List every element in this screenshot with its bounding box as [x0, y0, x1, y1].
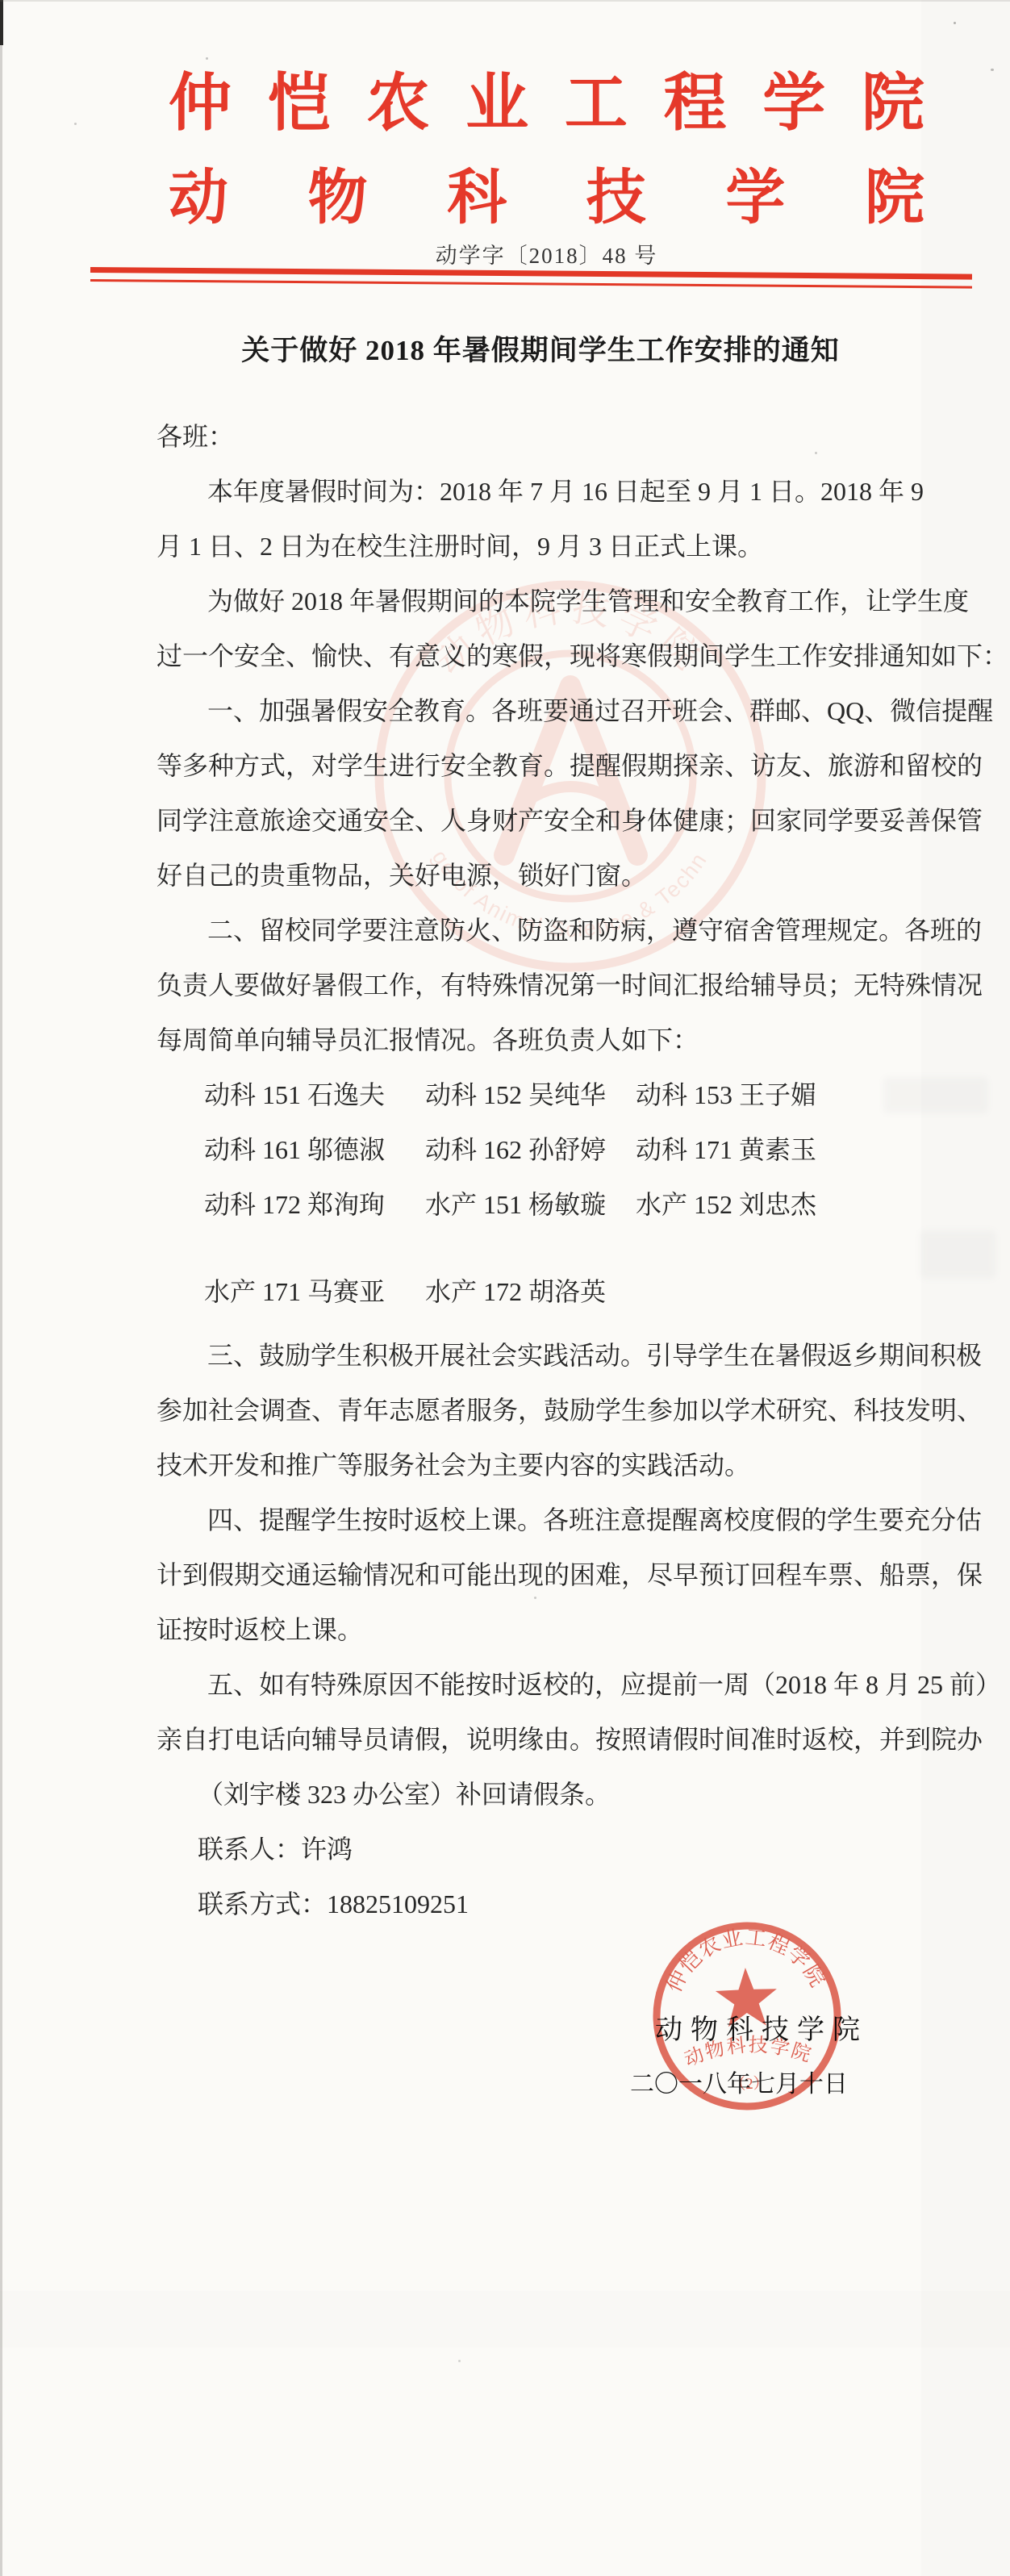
spacer [157, 1232, 935, 1264]
roster-row: 动科 161 邬德淑 动科 162 孙舒婷 动科 171 黄素玉 [157, 1122, 935, 1177]
body-line: 四、提醒学生按时返校上课。各班注意提醒离校度假的学生要充分估 [157, 1493, 935, 1547]
body-line: 等多种方式，对学生进行安全教育。提醒假期探亲、访友、旅游和留校的 [157, 738, 935, 793]
body-line: 参加社会调查、青年志愿者服务，鼓励学生参加以学术研究、科技发明、 [157, 1383, 935, 1438]
roster-row: 动科 172 郑洵珣 水产 151 杨敏璇 水产 152 刘忠杰 [157, 1177, 935, 1232]
roster-entry: 动科 151 石逸夫 [204, 1067, 425, 1122]
spacer [157, 1319, 935, 1328]
contact-phone-label: 联系方式： [198, 1889, 327, 1918]
scan-speck [458, 2360, 461, 2362]
body-line: 负责人要做好暑假工作，有特殊情况第一时间汇报给辅导员；无特殊情况 [157, 958, 935, 1012]
roster-entry: 动科 172 郑洵珣 [204, 1177, 425, 1232]
body-line: （刘宇楼 323 办公室）补回请假条。 [157, 1767, 935, 1822]
seal-inner-text: 动物科技学院 [681, 2032, 816, 2072]
body-line: 每周简单向辅导员汇报情况。各班负责人如下： [157, 1012, 935, 1067]
scan-edge-shadow [0, 0, 1010, 2]
letterhead-college-name: 动物科技学院 [169, 168, 924, 228]
letterhead-university-name: 仲恺农业工程学院 [169, 71, 924, 134]
roster-entry: 水产 172 胡洛英 [425, 1264, 636, 1319]
roster-entry: 水产 171 马赛亚 [204, 1264, 425, 1319]
scan-texture-band [0, 2291, 1010, 2348]
body-line: 二、留校同学要注意防火、防盗和防病，遵守宿舍管理规定。各班的 [157, 903, 935, 958]
body-line: 同学注意旅途交通安全、人身财产安全和身体健康；回家同学要妥善保管 [157, 793, 935, 848]
scan-speck [74, 123, 77, 125]
scan-edge-mark [0, 0, 3, 45]
body-line: 本年度暑假时间为：2018 年 7 月 16 日起至 9 月 1 日。2018 … [157, 464, 935, 519]
letterhead-rule-thin [90, 279, 972, 289]
document-number: 动学字〔2018〕48 号 [169, 238, 924, 269]
roster-entry: 动科 162 孙舒婷 [425, 1122, 636, 1177]
roster-entry: 动科 161 邬德淑 [204, 1122, 425, 1177]
seal-star-icon [715, 1967, 778, 2027]
roster-entry: 动科 152 吴纯华 [425, 1067, 636, 1122]
roster-row: 动科 151 石逸夫 动科 152 吴纯华 动科 153 王子媚 [157, 1067, 935, 1122]
salutation: 各班： [157, 409, 935, 464]
roster-entry: 水产 152 刘忠杰 [636, 1177, 816, 1232]
roster-entry: 动科 171 黄素玉 [636, 1122, 816, 1177]
scanned-notice-page: 仲恺农业工程学院 动物科技学院 动学字〔2018〕48 号 关于做好 2018 … [0, 0, 1010, 2576]
svg-text:动物科技学院: 动物科技学院 [681, 2032, 816, 2072]
scan-speck [991, 69, 994, 71]
scan-edge-shadow [0, 0, 2, 2576]
scan-speck [954, 22, 956, 24]
body-line: 证按时返校上课。 [157, 1602, 935, 1657]
body-line: 好自己的贵重物品，关好电源，锁好门窗。 [157, 848, 935, 903]
seal-number: （2） [730, 2074, 769, 2094]
body-line: 过一个安全、愉快、有意义的寒假，现将寒假期间学生工作安排通知如下： [157, 628, 935, 683]
notice-body: 各班： 本年度暑假时间为：2018 年 7 月 16 日起至 9 月 1 日。2… [157, 409, 935, 1931]
body-line: 月 1 日、2 日为在校生注册时间，9 月 3 日正式上课。 [157, 519, 935, 574]
roster-entry: 动科 153 王子媚 [636, 1067, 816, 1122]
body-line: 五、如有特殊原因不能按时返校的，应提前一周（2018 年 8 月 25 前） [157, 1657, 935, 1712]
body-line: 技术开发和推广等服务社会为主要内容的实践活动。 [157, 1438, 935, 1493]
document-title: 关于做好 2018 年暑假期间学生工作安排的通知 [0, 328, 1010, 369]
body-line: 计到假期交通运输情况和可能出现的困难，尽早预订回程车票、船票，保 [157, 1547, 935, 1602]
scan-speck [206, 57, 208, 60]
official-red-seal: 仲恺农业工程学院 动物科技学院 （2） [644, 1913, 851, 2120]
body-line: 为做好 2018 年暑假期间的本院学生管理和安全教育工作，让学生度 [157, 574, 935, 628]
contact-person-line: 联系人：许鸿 [157, 1822, 935, 1877]
body-line: 三、鼓励学生积极开展社会实践活动。引导学生在暑假返乡期间积极 [157, 1328, 935, 1383]
contact-person-value: 许鸿 [301, 1835, 353, 1864]
roster-row: 水产 171 马赛亚 水产 172 胡洛英 [157, 1264, 935, 1319]
body-line: 亲自打电话向辅导员请假，说明缘由。按照请假时间准时返校，并到院办 [157, 1712, 935, 1767]
roster-entry: 水产 151 杨敏璇 [425, 1177, 636, 1232]
contact-phone-value: 18825109251 [327, 1889, 469, 1918]
body-line: 一、加强暑假安全教育。各班要通过召开班会、群邮、QQ、微信提醒 [157, 683, 935, 738]
contact-person-label: 联系人： [198, 1835, 301, 1864]
